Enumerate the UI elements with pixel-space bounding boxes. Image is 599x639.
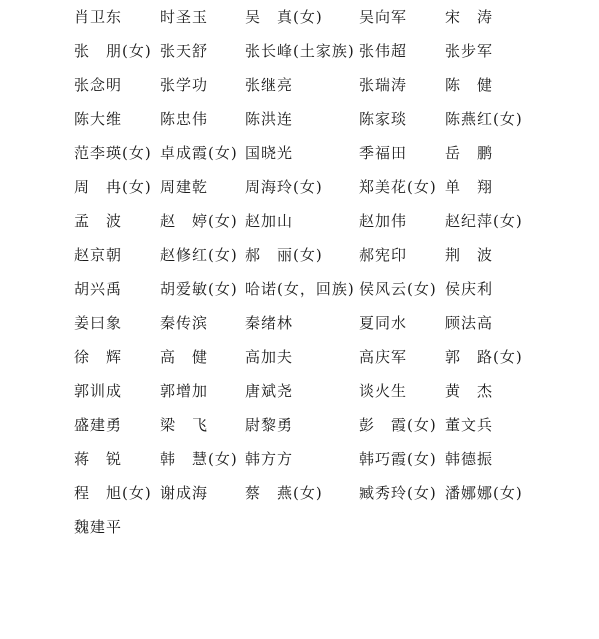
name-entry: 董文兵 — [445, 408, 493, 442]
name-entry: 孟 波 — [74, 204, 122, 238]
name-row: 赵京朝 赵修红(女) 郝 丽(女) 郝宪印 荆 波 — [0, 238, 599, 272]
name-entry: 尉黎勇 — [245, 408, 293, 442]
name-entry: 陈大维 — [74, 102, 122, 136]
name-entry: 陈洪连 — [245, 102, 293, 136]
name-row: 张念明 张学功 张继亮 张瑞涛 陈 健 — [0, 68, 599, 102]
name-entry: 吴向军 — [359, 0, 407, 34]
name-entry: 陈忠伟 — [160, 102, 208, 136]
name-entry: 张天舒 — [160, 34, 208, 68]
name-row: 郭训成 郭增加 唐斌尧 谈火生 黄 杰 — [0, 374, 599, 408]
name-row: 孟 波 赵 婷(女) 赵加山 赵加伟 赵纪萍(女) — [0, 204, 599, 238]
name-entry: 秦绪林 — [245, 306, 293, 340]
name-entry: 哈诺(女，回族) — [245, 272, 355, 306]
name-row: 周 冉(女) 周建乾 周海玲(女) 郑美花(女) 单 翔 — [0, 170, 599, 204]
name-entry: 唐斌尧 — [245, 374, 293, 408]
name-entry: 高加夫 — [245, 340, 293, 374]
name-row: 魏建平 — [0, 510, 599, 544]
name-entry: 张伟超 — [359, 34, 407, 68]
name-entry: 韩巧霞(女) — [359, 442, 437, 476]
name-row: 盛建勇 梁 飞 尉黎勇 彭 霞(女) 董文兵 — [0, 408, 599, 442]
name-entry: 郝宪印 — [359, 238, 407, 272]
name-entry: 赵加山 — [245, 204, 293, 238]
name-entry: 陈家琰 — [359, 102, 407, 136]
name-row: 胡兴禹 胡爱敏(女) 哈诺(女，回族) 侯风云(女) 侯庆利 — [0, 272, 599, 306]
name-entry: 胡兴禹 — [74, 272, 122, 306]
name-entry: 顾法高 — [445, 306, 493, 340]
name-entry: 侯庆利 — [445, 272, 493, 306]
name-entry: 谈火生 — [359, 374, 407, 408]
name-entry: 郭增加 — [160, 374, 208, 408]
name-entry: 黄 杰 — [445, 374, 493, 408]
name-entry: 彭 霞(女) — [359, 408, 437, 442]
name-entry: 夏同水 — [359, 306, 407, 340]
name-entry: 张步军 — [445, 34, 493, 68]
name-entry: 张继亮 — [245, 68, 293, 102]
name-entry: 韩德振 — [445, 442, 493, 476]
name-entry: 肖卫东 — [74, 0, 122, 34]
name-entry: 国晓光 — [245, 136, 293, 170]
name-entry: 张念明 — [74, 68, 122, 102]
name-entry: 郑美花(女) — [359, 170, 437, 204]
name-entry: 张学功 — [160, 68, 208, 102]
name-entry: 韩 慧(女) — [160, 442, 238, 476]
name-entry: 谢成海 — [160, 476, 208, 510]
name-entry: 岳 鹏 — [445, 136, 493, 170]
name-entry: 单 翔 — [445, 170, 493, 204]
name-entry: 范李瑛(女) — [74, 136, 152, 170]
name-entry: 赵纪萍(女) — [445, 204, 523, 238]
name-entry: 荆 波 — [445, 238, 493, 272]
name-row: 姜曰象 秦传滨 秦绪林 夏同水 顾法高 — [0, 306, 599, 340]
name-row: 张 朋(女) 张天舒 张长峰(土家族) 张伟超 张步军 — [0, 34, 599, 68]
name-entry: 程 旭(女) — [74, 476, 152, 510]
name-entry: 陈燕红(女) — [445, 102, 523, 136]
name-entry: 秦传滨 — [160, 306, 208, 340]
name-entry: 陈 健 — [445, 68, 493, 102]
name-row: 范李瑛(女) 卓成霞(女) 国晓光 季福田 岳 鹏 — [0, 136, 599, 170]
name-entry: 郭 路(女) — [445, 340, 523, 374]
name-entry: 周海玲(女) — [245, 170, 323, 204]
name-entry: 潘娜娜(女) — [445, 476, 523, 510]
name-entry: 徐 辉 — [74, 340, 122, 374]
name-entry: 张 朋(女) — [74, 34, 152, 68]
name-entry: 胡爱敏(女) — [160, 272, 238, 306]
name-entry: 魏建平 — [74, 510, 122, 544]
name-entry: 赵修红(女) — [160, 238, 238, 272]
name-entry: 周建乾 — [160, 170, 208, 204]
name-entry: 蒋 锐 — [74, 442, 122, 476]
name-entry: 张长峰(土家族) — [245, 34, 355, 68]
name-entry: 赵加伟 — [359, 204, 407, 238]
name-entry: 姜曰象 — [74, 306, 122, 340]
name-entry: 吴 真(女) — [245, 0, 323, 34]
name-entry: 郝 丽(女) — [245, 238, 323, 272]
name-entry: 臧秀玲(女) — [359, 476, 437, 510]
name-row: 陈大维 陈忠伟 陈洪连 陈家琰 陈燕红(女) — [0, 102, 599, 136]
name-row: 徐 辉 高 健 高加夫 高庆军 郭 路(女) — [0, 340, 599, 374]
name-entry: 高庆军 — [359, 340, 407, 374]
name-entry: 盛建勇 — [74, 408, 122, 442]
name-entry: 韩方方 — [245, 442, 293, 476]
name-entry: 宋 涛 — [445, 0, 493, 34]
name-entry: 郭训成 — [74, 374, 122, 408]
name-entry: 高 健 — [160, 340, 208, 374]
name-entry: 赵 婷(女) — [160, 204, 238, 238]
name-entry: 张瑞涛 — [359, 68, 407, 102]
name-entry: 蔡 燕(女) — [245, 476, 323, 510]
name-entry: 周 冉(女) — [74, 170, 152, 204]
name-entry: 梁 飞 — [160, 408, 208, 442]
name-entry: 赵京朝 — [74, 238, 122, 272]
name-entry: 侯风云(女) — [359, 272, 437, 306]
name-entry: 时圣玉 — [160, 0, 208, 34]
name-row: 肖卫东 时圣玉 吴 真(女) 吴向军 宋 涛 — [0, 0, 599, 34]
name-entry: 卓成霞(女) — [160, 136, 238, 170]
name-entry: 季福田 — [359, 136, 407, 170]
name-row: 程 旭(女) 谢成海 蔡 燕(女) 臧秀玲(女) 潘娜娜(女) — [0, 476, 599, 510]
name-row: 蒋 锐 韩 慧(女) 韩方方 韩巧霞(女) 韩德振 — [0, 442, 599, 476]
